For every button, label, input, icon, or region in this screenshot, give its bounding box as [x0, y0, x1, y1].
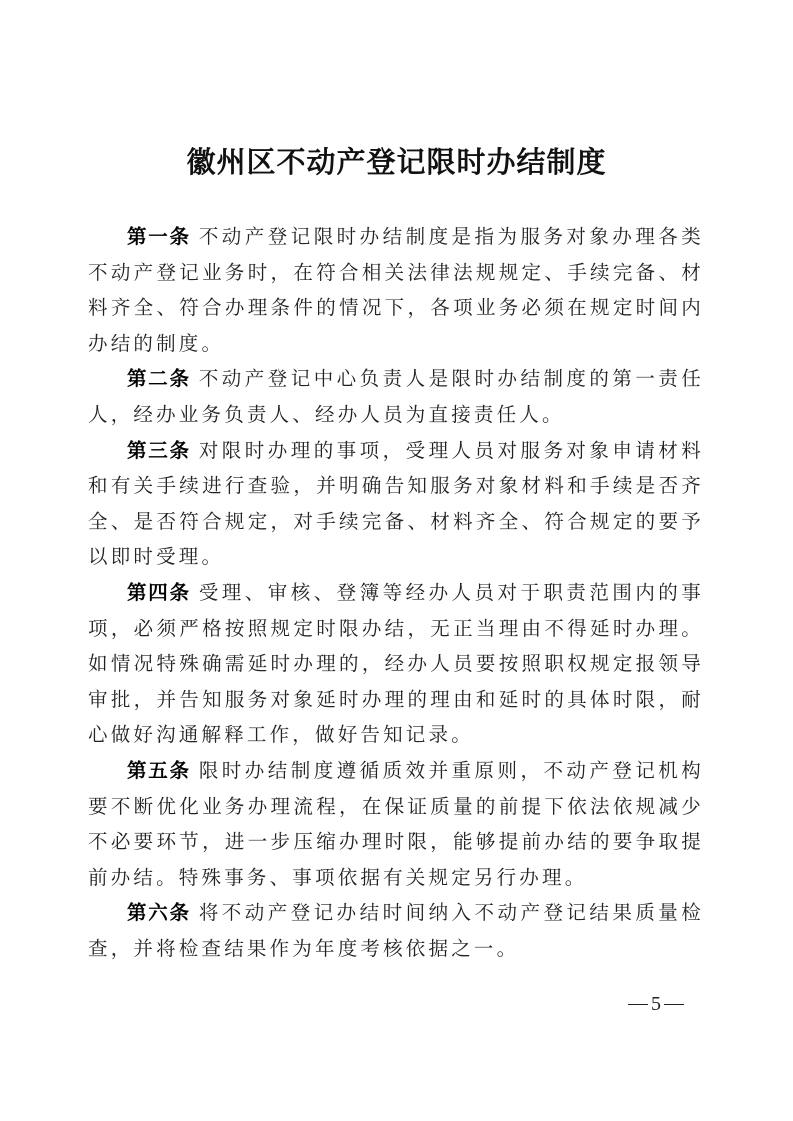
article-5: 第五条限时办结制度遵循质效并重原则，不动产登记机构要不断优化业务办理流程，在保证…	[88, 753, 704, 895]
article-3: 第三条对限时办理的事项，受理人员对服务对象申请材料和有关手续进行查验，并明确告知…	[88, 433, 704, 575]
page-number: 5	[628, 993, 684, 1016]
article-label: 第五条	[127, 759, 191, 782]
article-label: 第六条	[127, 901, 191, 924]
page-number-value: 5	[651, 993, 661, 1016]
article-6: 第六条将不动产登记办结时间纳入不动产登记结果质量检查，并将检查结果作为年度考核依…	[88, 895, 704, 966]
article-label: 第一条	[127, 225, 191, 248]
document-page: 徽州区不动产登记限时办结制度 第一条不动产登记限时办结制度是指为服务对象办理各类…	[0, 0, 793, 1121]
article-4: 第四条受理、审核、登簿等经办人员对于职责范围内的事项，必须严格按照规定时限办结，…	[88, 575, 704, 753]
page-number-dash-left	[628, 1004, 648, 1005]
article-label: 第三条	[127, 439, 191, 462]
page-number-dash-right	[664, 1004, 684, 1005]
article-text: 受理、审核、登簿等经办人员对于职责范围内的事项，必须严格按照规定时限办结，无正当…	[88, 581, 704, 746]
article-2: 第二条不动产登记中心负责人是限时办结制度的第一责任人，经办业务负责人、经办人员为…	[88, 361, 704, 432]
article-1: 第一条不动产登记限时办结制度是指为服务对象办理各类不动产登记业务时，在符合相关法…	[88, 219, 704, 361]
document-body: 第一条不动产登记限时办结制度是指为服务对象办理各类不动产登记业务时，在符合相关法…	[88, 219, 704, 966]
article-label: 第二条	[127, 367, 191, 390]
article-label: 第四条	[127, 581, 191, 604]
document-title: 徽州区不动产登记限时办结制度	[0, 140, 793, 181]
